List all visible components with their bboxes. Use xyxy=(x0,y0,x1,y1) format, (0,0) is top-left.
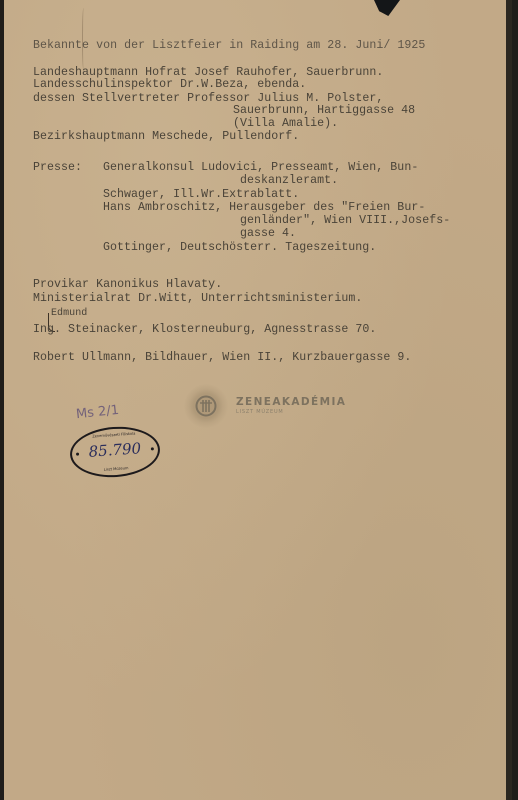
document-title: Bekannte von der Lisztfeier in Raiding a… xyxy=(33,40,425,53)
attendee-line: Ing. Steinacker, Klosterneuburg, Agnesst… xyxy=(33,324,376,337)
press-line: gasse 4. xyxy=(240,228,296,241)
stamp-inventory-number: 85.790 xyxy=(71,438,158,462)
official-line: (Villa Amalie). xyxy=(233,118,338,131)
clip-shadow xyxy=(374,0,400,16)
press-line: Generalkonsul Ludovici, Presseamt, Wien,… xyxy=(103,162,418,175)
press-label: Presse: xyxy=(33,162,82,175)
page-edge xyxy=(506,0,512,800)
library-stamp: Zeneművészeti Főiskola 85.790 Liszt Múze… xyxy=(68,424,161,480)
attendee-line: Provikar Kanonikus Hlavaty. xyxy=(33,279,222,292)
handwritten-insertion: Edmund xyxy=(51,308,87,321)
official-line: Bezirkshauptmann Meschede, Pullendorf. xyxy=(33,131,299,144)
attendee-line: Robert Ullmann, Bildhauer, Wien II., Kur… xyxy=(33,352,411,365)
press-line: Gottinger, Deutschösterr. Tageszeitung. xyxy=(103,242,376,255)
zeneakademia-watermark: ZENEAKADÉMIA LISZT MÚZEUM xyxy=(184,384,346,428)
press-line: Hans Ambroschitz, Herausgeber des "Freie… xyxy=(103,202,425,215)
watermark-subtitle: LISZT MÚZEUM xyxy=(236,408,346,416)
document-page: Bekannte von der Lisztfeier in Raiding a… xyxy=(4,0,512,800)
shelfmark-annotation: Ms 2/1 xyxy=(75,403,119,422)
watermark-title: ZENEAKADÉMIA xyxy=(236,396,346,408)
lyre-logo-icon xyxy=(184,384,228,428)
attendee-line: Ministerialrat Dr.Witt, Unterrichtsminis… xyxy=(33,293,362,306)
stamp-museum: Liszt Múzeum xyxy=(73,464,159,474)
press-line: deskanzleramt. xyxy=(240,175,338,188)
official-line: Landesschulinspektor Dr.W.Beza, ebenda. xyxy=(33,79,306,92)
official-line: Sauerbrunn, Hartiggasse 48 xyxy=(233,105,415,118)
press-line: Schwager, Ill.Wr.Extrablatt. xyxy=(103,189,299,202)
press-line: genländer", Wien VIII.,Josefs- xyxy=(240,215,450,228)
